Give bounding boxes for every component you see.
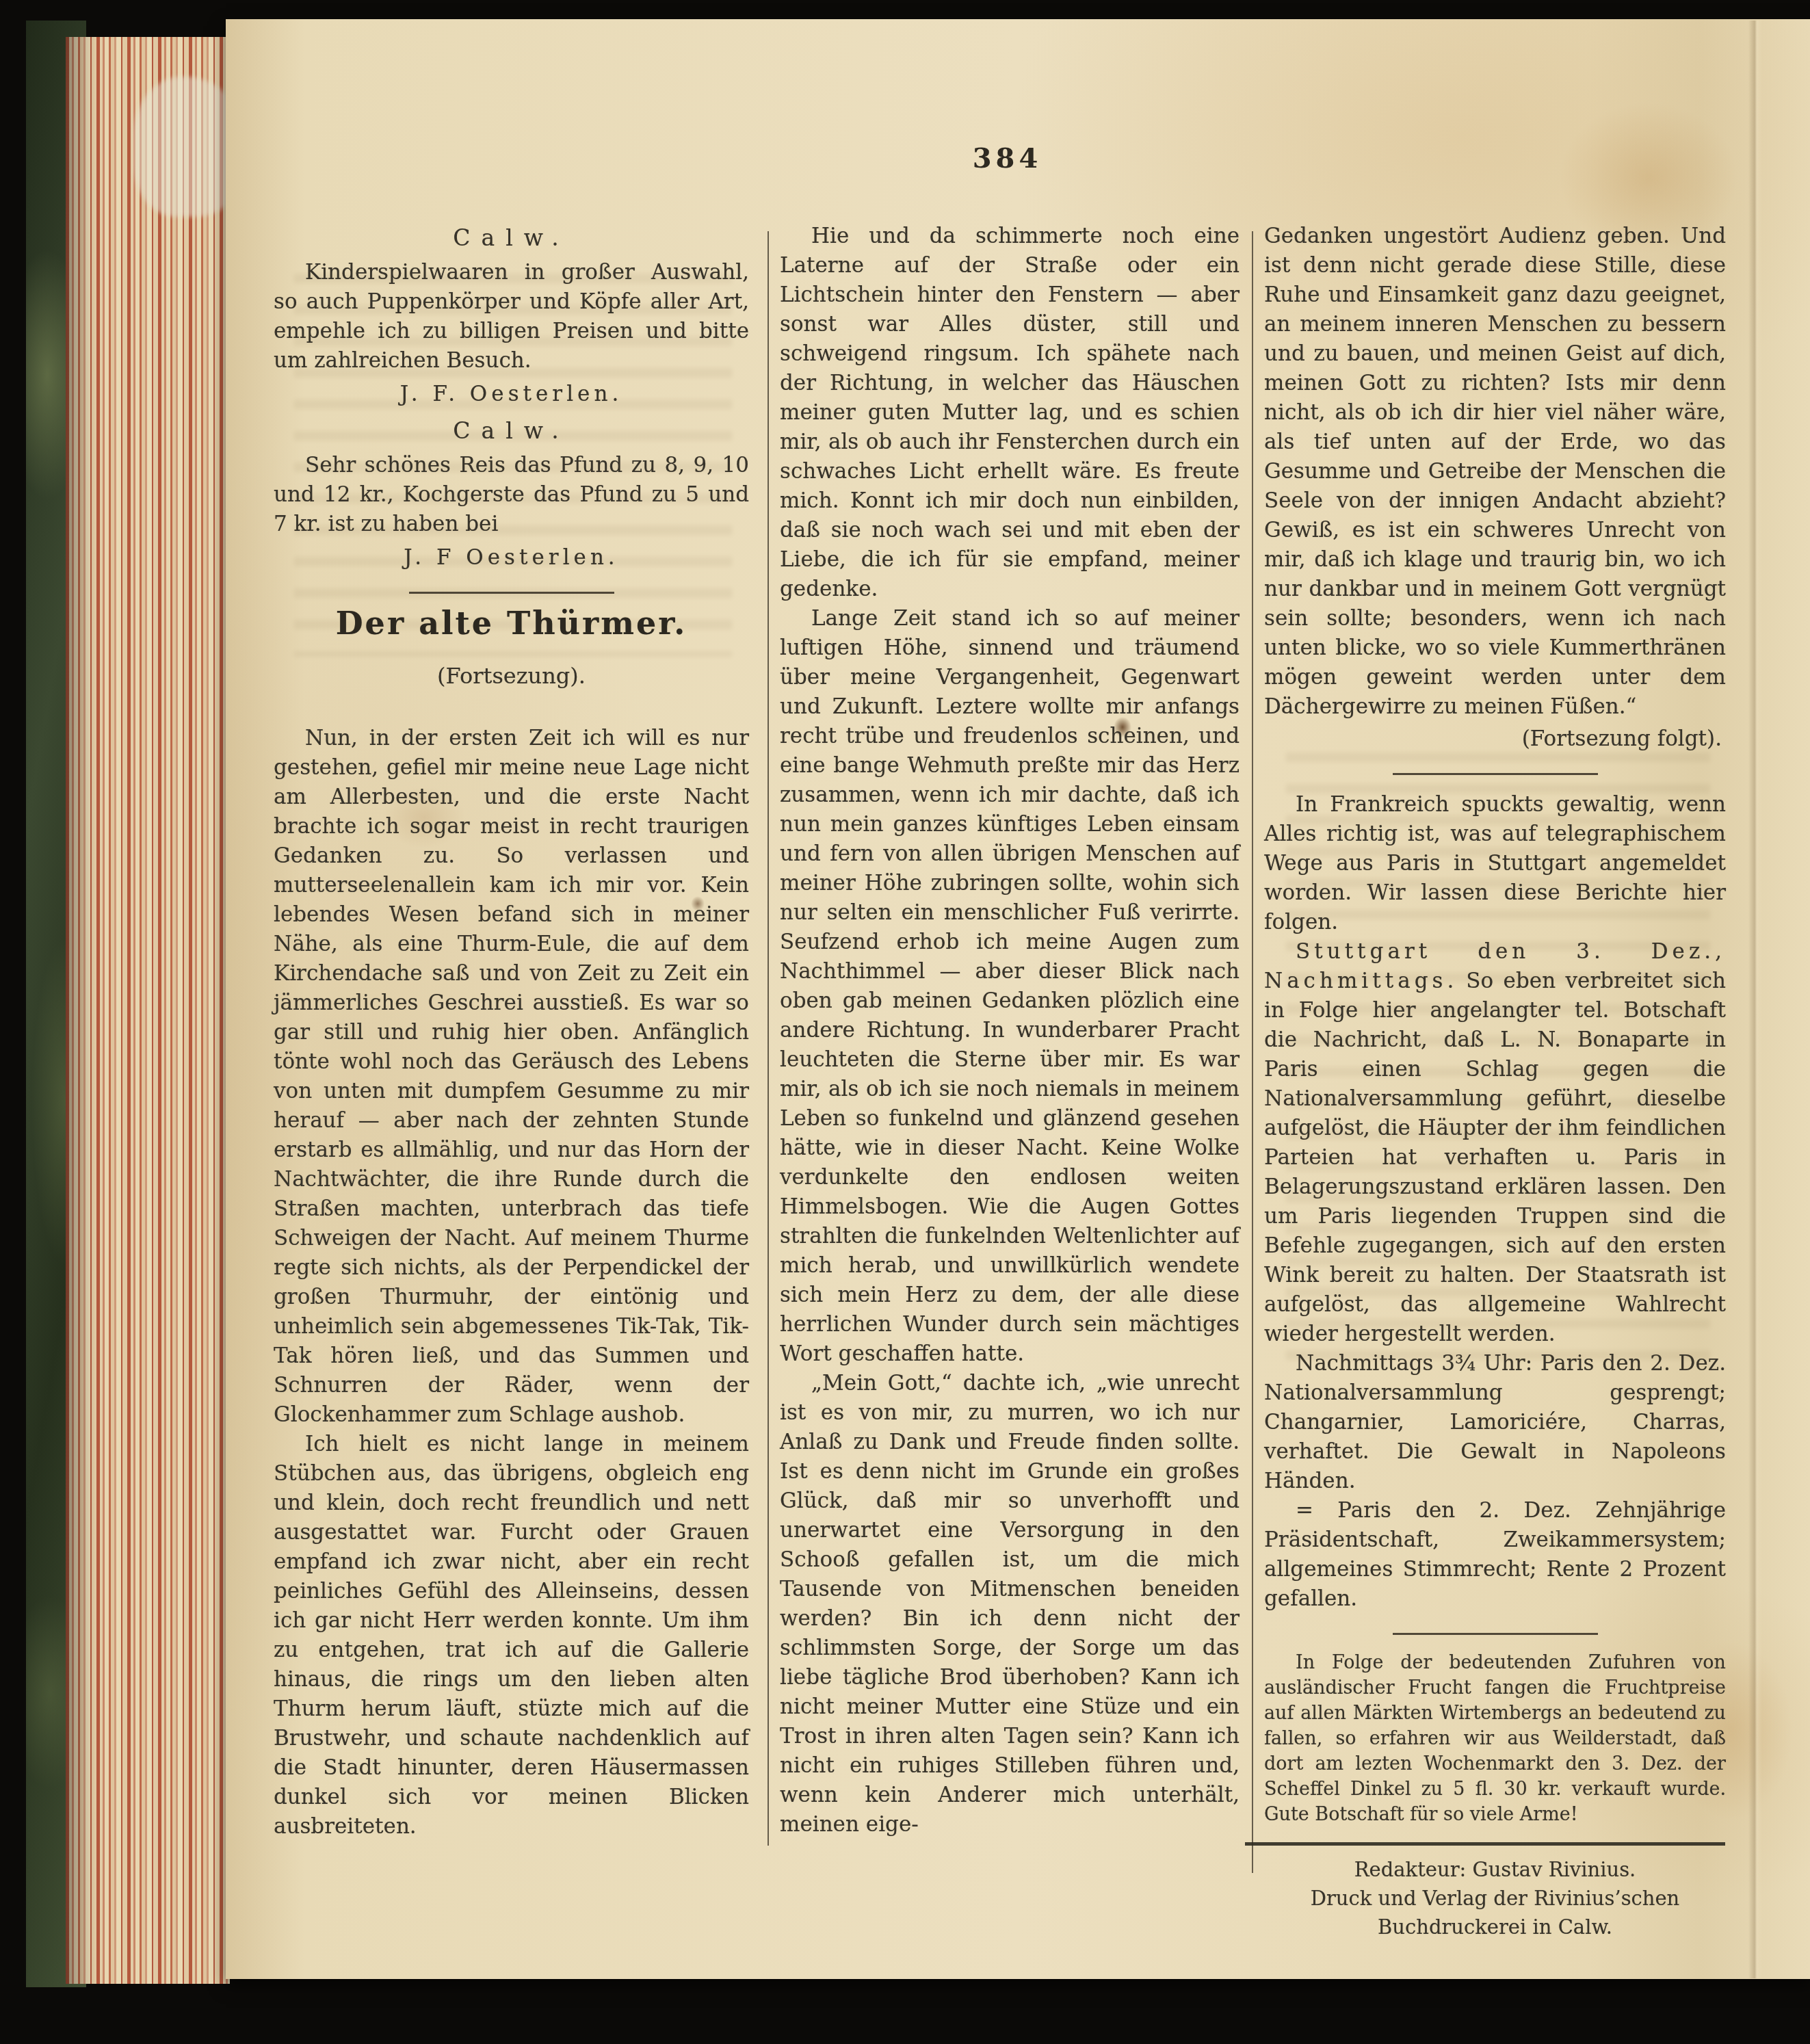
- ad2-heading: Calw.: [274, 416, 749, 445]
- news-stuttgart: Stuttgart den 3. Dez., Nachmittags.So eb…: [1264, 937, 1726, 1349]
- news-body: So eben verbreitet sich in Folge hier an…: [1264, 969, 1726, 1346]
- story-paragraph: Lange Zeit stand ich so auf meiner lufti…: [780, 604, 1240, 1369]
- story-subtitle: (Fortsezung).: [274, 661, 749, 691]
- page-number: 384: [274, 142, 1741, 174]
- page-edges-stack: [66, 37, 230, 1984]
- section-divider: [409, 592, 614, 594]
- story-title: Der alte Thürmer.: [274, 609, 749, 638]
- column-1: Calw. Kinderspielwaaren in großer Auswah…: [274, 222, 749, 1842]
- section-divider: [1393, 773, 1598, 775]
- column-3: Gedanken ungestört Audienz geben. Und is…: [1264, 222, 1726, 1941]
- column-rule-right: [1252, 231, 1253, 1873]
- ad1-text: Kinderspielwaaren in großer Auswahl, so …: [274, 258, 749, 376]
- story-paragraph: Ich hielt es nicht lange in meinem Stübc…: [274, 1430, 749, 1842]
- story-paragraph: „Mein Gott,“ dachte ich, „wie unrecht is…: [780, 1369, 1240, 1839]
- ad1-heading: Calw.: [274, 223, 749, 252]
- column-2: Hie und da schimmerte noch eine Laterne …: [780, 222, 1240, 1839]
- market-note: In Folge der bedeutenden Zufuhren von au…: [1264, 1650, 1726, 1827]
- story-paragraph: Gedanken ungestört Audienz geben. Und is…: [1264, 222, 1726, 722]
- ad2-text: Sehr schönes Reis das Pfund zu 8, 9, 10 …: [274, 451, 749, 539]
- telegram-1: Nachmittags 3¾ Uhr: Paris den 2. Dez. Na…: [1264, 1349, 1726, 1496]
- section-divider: [1393, 1633, 1598, 1635]
- story-paragraph: Hie und da schimmerte noch eine Laterne …: [780, 222, 1240, 604]
- ad1-signature: J. F. Oesterlen.: [274, 380, 749, 409]
- footer-editor: Redakteur: Gustav Rivinius.: [1264, 1855, 1726, 1884]
- footer-rule: [1245, 1842, 1725, 1846]
- scanned-newspaper-page: { "page": { "number": "384" }, "column1"…: [0, 0, 1810, 2044]
- page-crease: [1748, 21, 1762, 1978]
- news-intro: In Frankreich spuckts gewaltig, wenn All…: [1264, 790, 1726, 937]
- ad2-signature: J. F Oesterlen.: [274, 543, 749, 573]
- column-rule-left: [768, 231, 769, 1846]
- footer-publisher: Druck und Verlag der Rivinius’schen Buch…: [1264, 1884, 1726, 1941]
- story-paragraph: Nun, in der ersten Zeit ich will es nur …: [274, 724, 749, 1430]
- telegram-2: = Paris den 2. Dez. Zehnjährige Präsiden…: [1264, 1496, 1726, 1614]
- continuation-note: (Fortsezung folgt).: [1264, 724, 1722, 754]
